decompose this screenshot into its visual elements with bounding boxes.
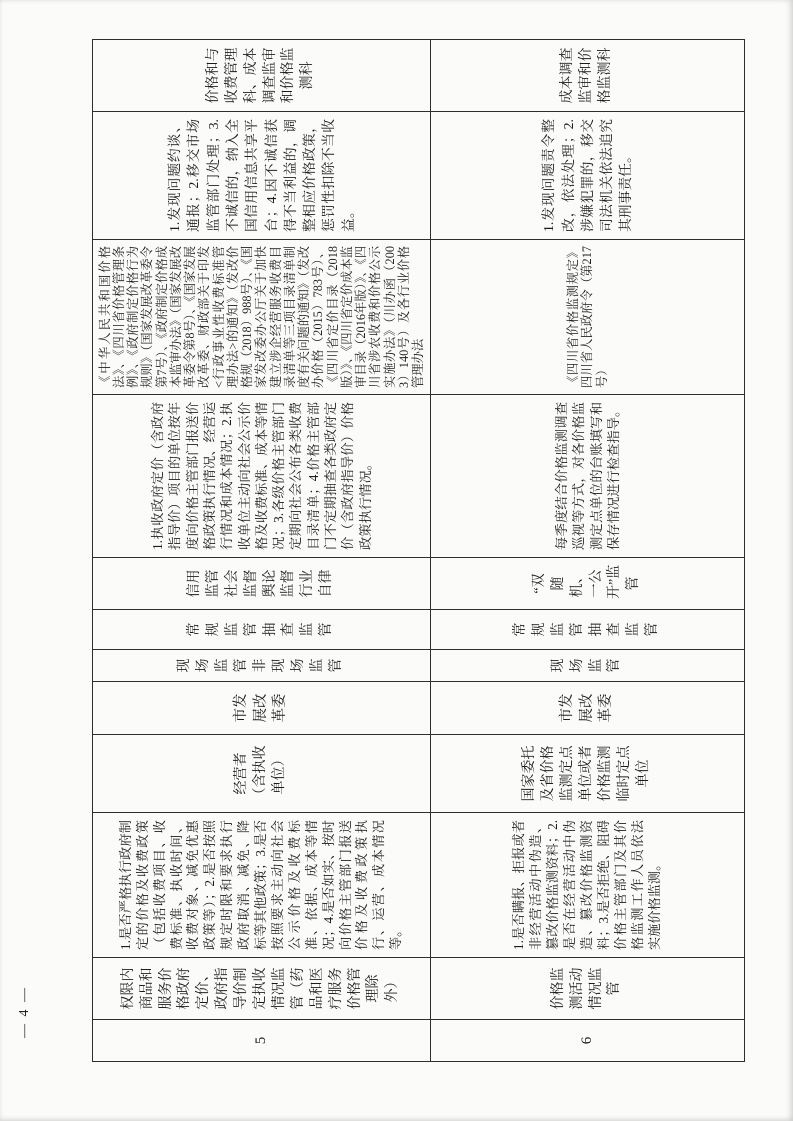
cell-responsible-section: 价格和与收费管理科、成本调查监审和价格监测科 <box>205 41 318 110</box>
cell-mode-credit: “双随机、一公开”监管 <box>531 559 644 608</box>
cell-responsible-section: 成本调查监审和价格监测科 <box>559 41 616 110</box>
price-supervision-table: 5 权限内商品和服务价格政府定价、政府指导价制定执收情况监管（药品和医疗服务价格… <box>92 39 745 1062</box>
cell-supervision-content: 1.是否严格执行政府制定的价格及收费政策（包括收费项目、收费标准、执收时间、收费… <box>115 814 408 956</box>
table-row-6: 6 价格监测活动情况监管 1.是否瞒报、拒报或者非经营活动中伪造、篡改价格监测资… <box>431 40 745 1062</box>
cell-supervision-content: 1.是否瞒报、拒报或者非经营活动中伪造、篡改价格监测资料；2.是否在经营活动中伪… <box>508 814 666 956</box>
page-number: — 4 — <box>17 977 37 1047</box>
cell-mode-routine: 常规监管抽查监管 <box>512 611 663 648</box>
cell-supervision-target: 国家委托及省价格监测定点单位或者价格监测临时定点单位 <box>521 736 653 811</box>
cell-legal-basis: 《四川省价格监测规定》四川省人民政府令（第217号） <box>564 241 611 393</box>
cell-mode-onsite: 现场监管 <box>550 651 626 680</box>
cell-legal-basis: 《中华人民共和国价格法》、《四川省价格管理条例》、《政府制定价格行为规则》（国家… <box>96 241 428 393</box>
cell-supervision-measures: 每季度结合价格监测调查巡视等方式，对各价格监测定点单位的台账填写和保存情况进行检… <box>550 396 625 556</box>
cell-seq: 6 <box>575 1021 599 1060</box>
cell-item-name: 权限内商品和服务价格政府定价、政府指导价制定执收情况监管（药品和医疗服务价格管理… <box>120 959 403 1018</box>
cell-mode-onsite: 现场监管非现场监管 <box>176 651 346 680</box>
cell-mode-routine: 常规监管抽查监管 <box>186 611 337 648</box>
cell-mode-credit: 信用监管社会监督舆论监督行业自律 <box>186 559 337 608</box>
table-row-5: 5 权限内商品和服务价格政府定价、政府指导价制定执收情况监管（药品和医疗服务价格… <box>93 40 431 1062</box>
cell-supervision-authority: 市发展改革委 <box>558 683 617 733</box>
cell-handling-method: 1.发现问题责令整改，依法处理；2.涉嫌犯罪的，移交司法机关依法追究其刑事责任。 <box>536 113 639 238</box>
scanned-page: 5 权限内商品和服务价格政府定价、政府指导价制定执收情况监管（药品和医疗服务价格… <box>0 0 793 1121</box>
cell-item-name: 价格监测活动情况监管 <box>550 959 626 1018</box>
cell-seq: 5 <box>249 1021 273 1060</box>
cell-supervision-measures: 1.执收政府定价（含政府指导价）项目的单位按年度向价格主管部门报送价格政策执行情… <box>146 396 377 556</box>
cell-supervision-authority: 市发展改革委 <box>232 683 291 733</box>
cell-supervision-target: 经营者（含执收单位） <box>233 736 290 811</box>
rotated-table-container: 5 权限内商品和服务价格政府定价、政府指导价制定执收情况监管（药品和医疗服务价格… <box>92 40 744 1062</box>
cell-handling-method: 1.发现问题约谈、通报；2.移交市场监管部门处理；3.不诚信的，纳入全国信用信息… <box>162 113 361 238</box>
